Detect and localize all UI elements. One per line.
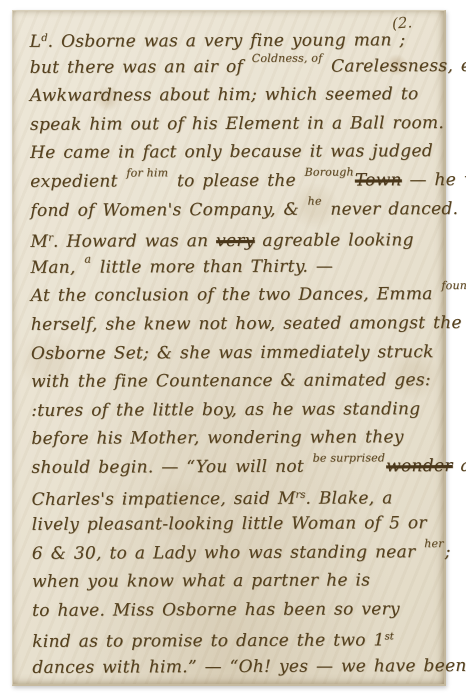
handwritten-text: little more than Thirty. — [92,256,333,277]
handwritten-text: L [30,32,42,52]
handwritten-text: never danced. — [323,198,466,219]
handwritten-text: expedient [30,171,125,191]
handwritten-text: . Osborne was a very fine young man ; [48,30,406,52]
inserted-word: for him [126,159,168,188]
handwritten-text: at [453,456,466,476]
manuscript-line: Awkwardness about him; which seemed to [30,80,437,110]
inserted-word: a [84,245,91,274]
manuscript-line: Man, a little more than Thirty. — [31,252,438,282]
manuscript-line: with the fine Countenance & animated ges… [31,366,438,396]
handwritten-text: Awkwardness about him; which seemed to [30,84,419,106]
handwritten-text: ; [445,542,451,562]
handwritten-text: 6 & 30, to a Lady who was standing near [32,542,423,564]
superscript-text: rs [295,489,305,500]
inserted-word: be surprised [313,444,386,473]
inserted-word: Borough [305,158,354,187]
handwritten-text: — he was not [402,170,466,191]
handwritten-text: with the fine Countenance & animated ges… [31,370,431,392]
handwritten-text: Carelessness, even of [323,55,466,76]
manuscript-line: should begin. — “You will not be surpris… [31,452,438,482]
manuscript-line: Mr. Howard was an very agreable looking [30,223,437,253]
handwritten-text: He came in fact only because it was judg… [30,142,433,164]
manuscript-page: (2. Ld. Osborne was a very fine young ma… [12,10,446,686]
handwritten-text: agreable looking [255,230,414,251]
struck-out-word: very [216,231,255,251]
handwritten-text: herself, she knew not how, seated amongs… [31,313,462,335]
manuscript-line: to have. Miss Osborne has been so very [32,595,439,625]
manuscript-text: Ld. Osborne was a very fine young man ;b… [30,23,440,681]
manuscript-line: when you know what a partner he is [32,566,439,596]
manuscript-line: expedient for him to please the BoroughT… [30,166,437,196]
handwritten-text: to have. Miss Osborne has been so very [32,599,400,621]
inserted-word: he [308,187,322,216]
handwritten-text: lively pleasant-looking little Woman of … [32,513,427,535]
inserted-word: Coldness, of [252,44,323,73]
superscript-text: st [385,632,394,643]
handwritten-text: . Howard was an [53,231,216,252]
manuscript-line: Ld. Osborne was a very fine young man ; [30,23,437,53]
handwritten-text: should begin. — “You will not [31,457,311,478]
handwritten-text: speak him out of his Element in a Ball r… [30,113,444,135]
manuscript-line: herself, she knew not how, seated amongs… [31,309,438,339]
manuscript-line: 6 & 30, to a Lady who was standing near … [32,538,439,568]
handwritten-text: fond of Women's Company, & [30,199,306,220]
struck-out-word: Town [355,170,402,190]
manuscript-line: fond of Women's Company, & he never danc… [30,195,437,225]
handwritten-text: dances with him.” — “Oh! yes — we have b… [32,656,466,678]
handwritten-text: Man, [31,257,84,277]
handwritten-text: :tures of the little boy, as he was stan… [31,399,420,421]
handwritten-text: M [30,232,48,252]
handwritten-text: kind as to promise to dance the two 1 [32,631,384,653]
manuscript-line: lively pleasant-looking little Woman of … [32,509,439,539]
manuscript-line: but there was an air of Coldness, of Car… [30,52,437,82]
manuscript-line: speak him out of his Element in a Ball r… [30,109,437,139]
manuscript-photo: (2. Ld. Osborne was a very fine young ma… [0,0,466,700]
handwritten-text: At the conclusion of the two Dances, Emm… [31,284,441,306]
handwritten-text: but there was an air of [30,57,251,78]
manuscript-line: Osborne Set; & she was immediately struc… [31,338,438,368]
handwritten-text: to please the [169,171,303,192]
handwritten-text: Osborne Set; & she was immediately struc… [31,342,434,364]
inserted-word: found [441,272,466,301]
handwritten-text: when you know what a partner he is [32,571,370,592]
struck-out-word: wonder [386,456,453,476]
handwritten-text: Charles's impatience, said M [32,488,296,509]
manuscript-line: :tures of the little boy, as he was stan… [31,395,438,425]
manuscript-line: Charles's impatience, said Mrs. Blake, a [32,481,439,511]
inserted-word: her [424,530,444,559]
manuscript-line: dances with him.” — “Oh! yes — we have b… [32,652,439,682]
handwritten-text: . Blake, a [305,488,392,508]
manuscript-line: At the conclusion of the two Dances, Emm… [31,280,438,310]
manuscript-line: kind as to promise to dance the two 1st [32,624,439,654]
manuscript-line: He came in fact only because it was judg… [30,137,437,167]
